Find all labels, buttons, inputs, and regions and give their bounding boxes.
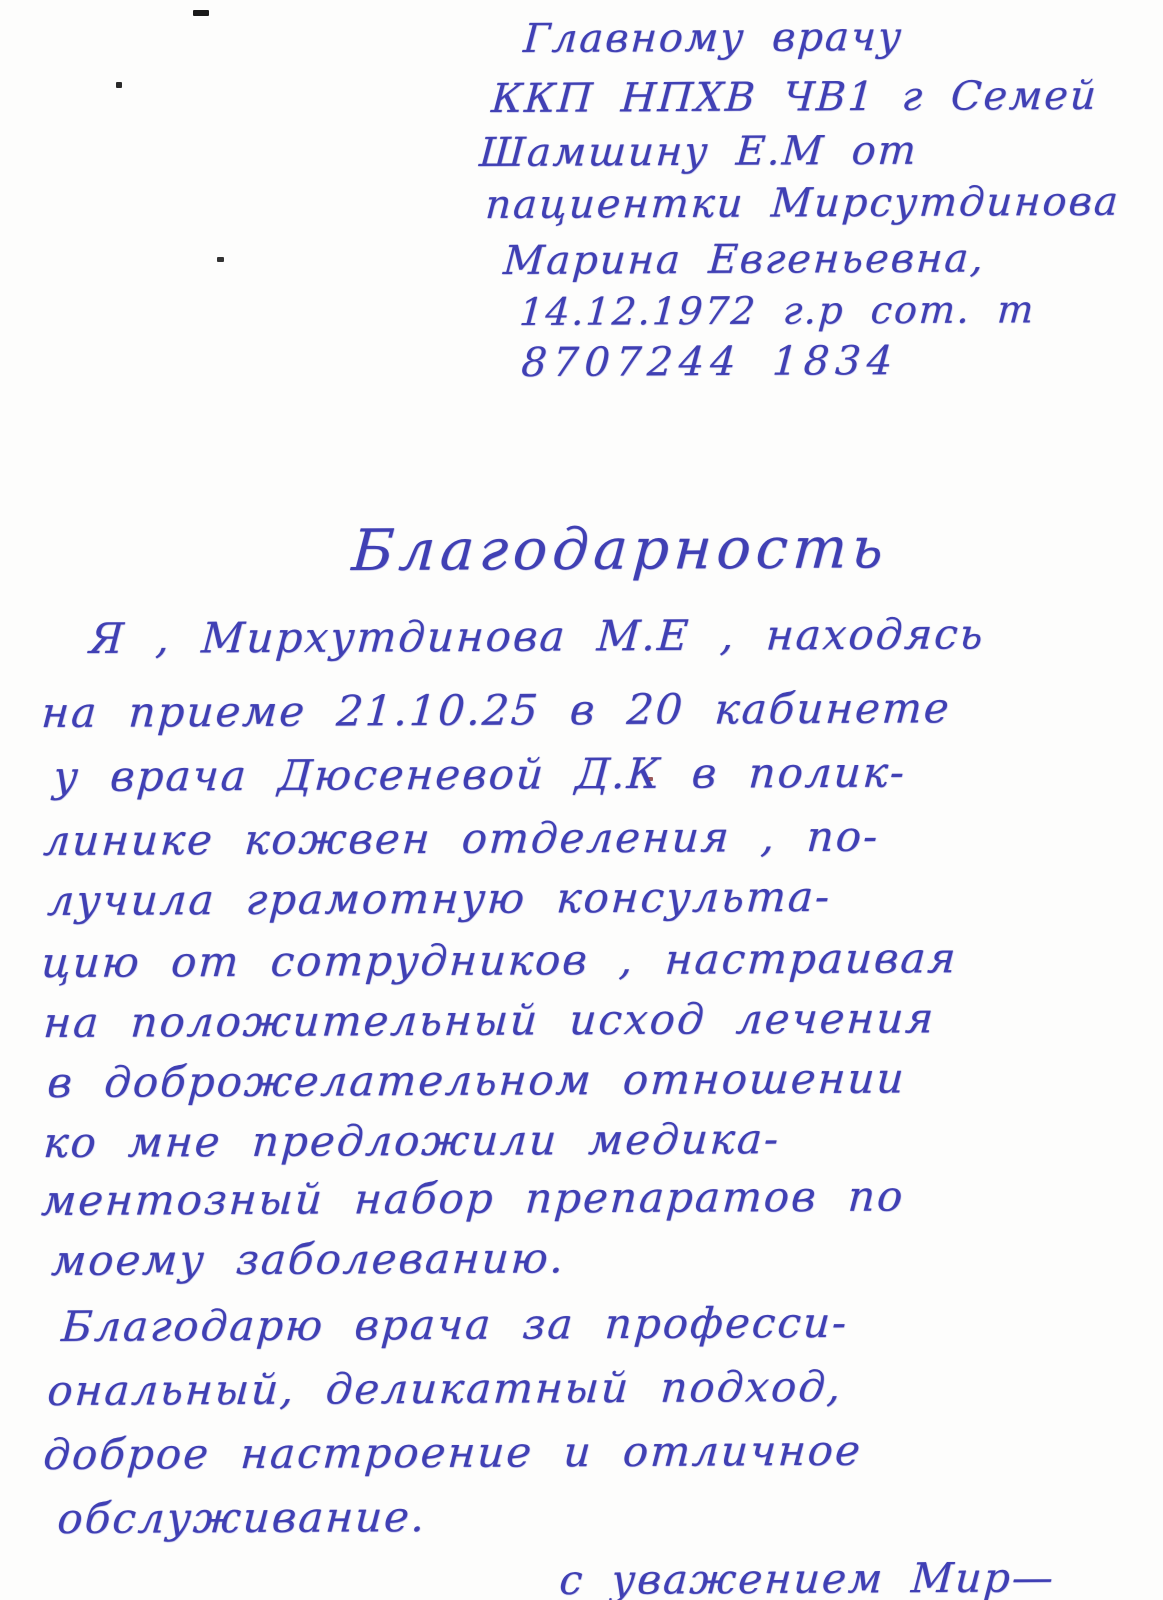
body-line: доброе настроение и отличное bbox=[42, 1426, 864, 1479]
body-line: лучила грамотную консульта- bbox=[46, 872, 833, 925]
handwritten-line: Главному врачу bbox=[522, 14, 905, 62]
body-line: линике кожвен отделения , по- bbox=[42, 812, 881, 865]
body-line: в доброжелательном отношении bbox=[46, 1054, 907, 1107]
handwritten-line: ККП НПХВ ЧВ1 г Семей bbox=[490, 73, 1099, 122]
body-line: ональный, деликатный подход, bbox=[46, 1362, 844, 1415]
body-line: обслуживание. bbox=[56, 1492, 428, 1543]
letter-title: Благодарность bbox=[350, 515, 890, 584]
body-line: на положительный исход лечения bbox=[42, 993, 937, 1047]
scan-speck bbox=[217, 257, 224, 262]
body-line: у врача Дюсеневой Д.К в полик- bbox=[52, 748, 908, 801]
handwritten-line: Шамшину Е.М от bbox=[478, 128, 919, 176]
body-line: цию от сотрудников , настраивая bbox=[40, 933, 959, 987]
handwritten-line: Марина Евгеньевна, bbox=[502, 235, 987, 284]
handwritten-line: пациентки Мирсутдинова bbox=[484, 179, 1121, 228]
body-line: моему заболеванию. bbox=[50, 1233, 567, 1285]
body-line: ментозный набор препаратов по bbox=[40, 1171, 906, 1225]
body-line: Я , Мирхутдинова М.Е , находясь bbox=[88, 609, 986, 663]
body-line: ко мне предложили медика- bbox=[42, 1114, 782, 1167]
letter-page: Главному врачу ККП НПХВ ЧВ1 г Семей Шамш… bbox=[0, 0, 1163, 1600]
scan-speck bbox=[193, 10, 209, 16]
closing-line: с уважением Мир— bbox=[558, 1553, 1057, 1600]
scan-speck bbox=[116, 82, 122, 88]
body-line: Благодарю врача за професси- bbox=[60, 1298, 850, 1351]
body-line: на приеме 21.10.25 в 20 кабинете bbox=[40, 683, 952, 737]
handwritten-line: 14.12.1972 г.р сот. т bbox=[518, 287, 1037, 334]
handwritten-line: 8707244 1834 bbox=[520, 338, 900, 386]
